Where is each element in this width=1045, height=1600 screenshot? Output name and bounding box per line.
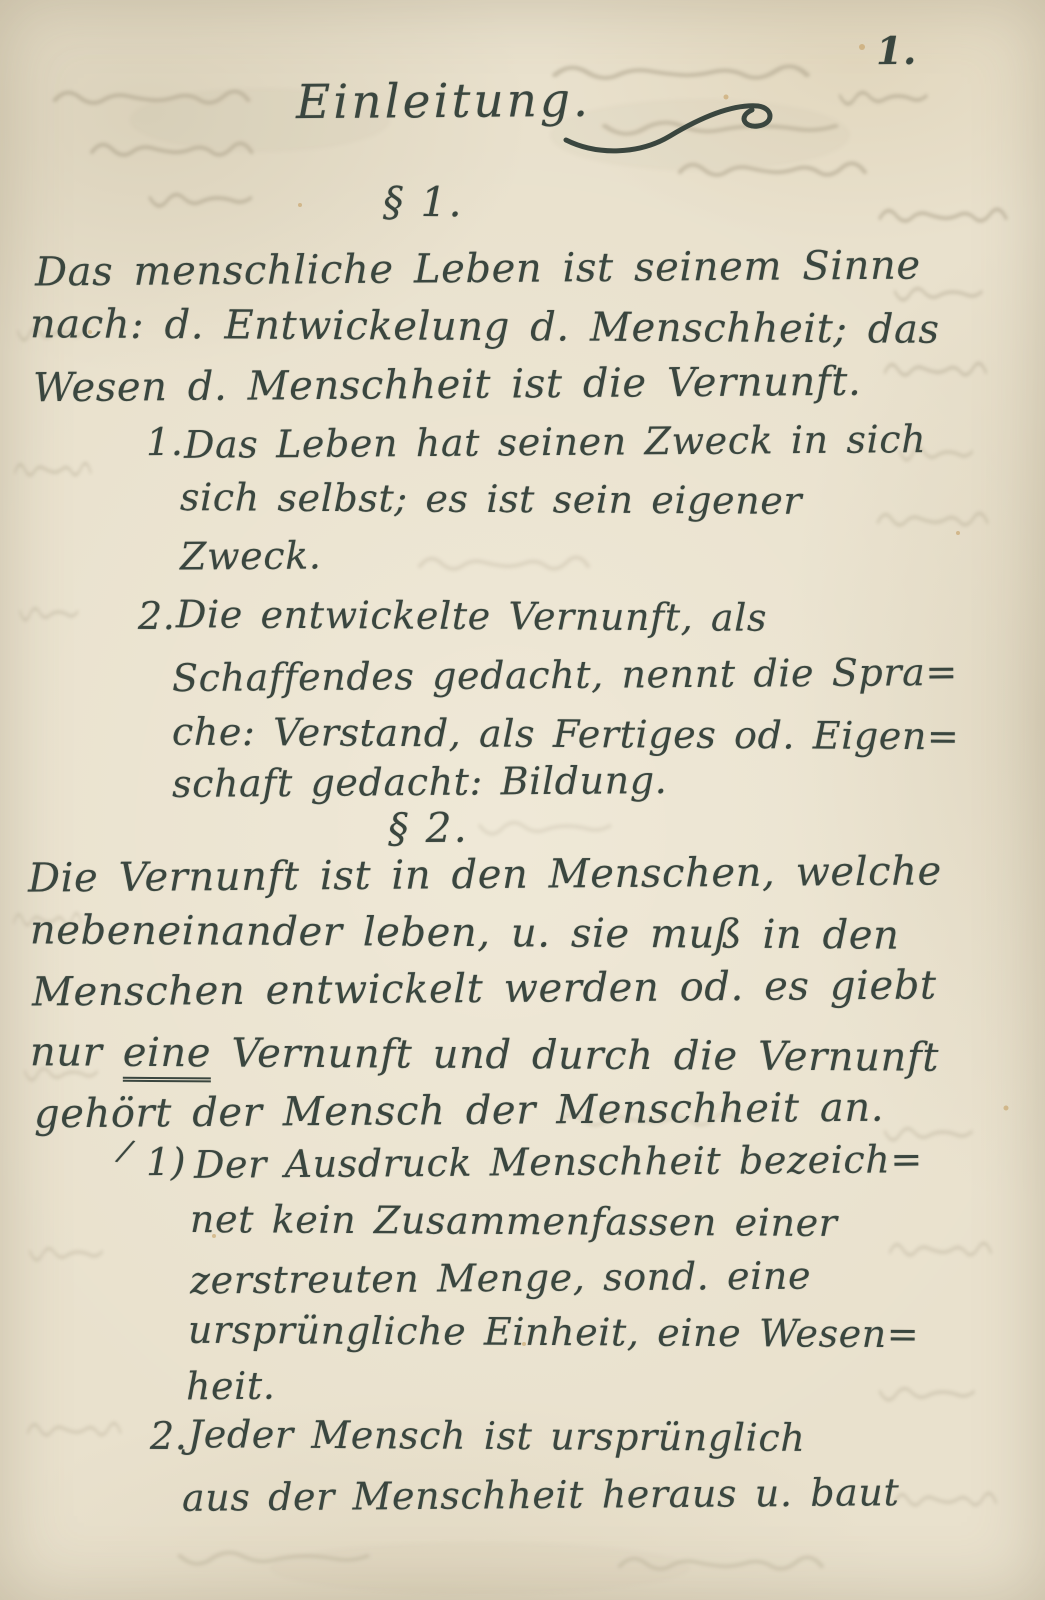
item-line: net kein Zusammenfassen einer [190, 1197, 838, 1245]
item-line: zerstreuten Menge, sond. eine [190, 1254, 811, 1303]
item-line: Der Ausdruck Menschheit bezeich= [194, 1137, 923, 1187]
margin-mark: / [116, 1133, 135, 1170]
underlined-word: eine [123, 1030, 212, 1083]
item-label: 1) [146, 1140, 187, 1184]
section-1-mark: § 1. [383, 178, 464, 226]
paragraph-line: Menschen entwickelt werden od. es giebt [32, 962, 937, 1015]
item-line: schaft gedacht: Bildung. [172, 758, 668, 806]
item-line: ursprüngliche Einheit, eine Wesen= [188, 1308, 920, 1356]
paragraph-text: nur [30, 1029, 123, 1076]
paragraph-line: nur eine Vernunft und durch die Vernunft [30, 1029, 939, 1081]
paragraph-line: nach: d. Entwickelung d. Menschheit; das [30, 301, 940, 353]
item-line: heit. [186, 1364, 276, 1409]
paragraph-text: Vernunft und durch die Vernunft [211, 1030, 939, 1080]
paragraph-line: nebeneinander leben, u. sie muß in den [30, 907, 900, 958]
item-label: 2. [138, 594, 176, 638]
paragraph-line: gehört der Mensch der Menschheit an. [34, 1085, 884, 1138]
item-line: aus der Menschheit heraus u. baut [182, 1470, 900, 1520]
paragraph-line: Das menschliche Leben ist seinem Sinne [35, 243, 921, 296]
heading-flourish-stroke [560, 84, 790, 164]
page-title: Einleitung. [296, 73, 591, 130]
item-line: Schaffendes gedacht, nennt die Spra= [172, 650, 958, 700]
paragraph-line: Wesen d. Menschheit ist die Vernunft. [33, 359, 862, 412]
item-line: Die entwickelte Vernunft, als [176, 592, 767, 640]
item-line: Jeder Mensch ist ursprünglich [188, 1412, 806, 1460]
item-label: 1. [146, 420, 184, 464]
item-line: sich selbst; es ist sein eigener [180, 475, 802, 523]
manuscript-page: 1. Einleitung. § 1. Das menschliche Lebe… [0, 0, 1045, 1600]
item-line: che: Verstand, als Fertiges od. Eigen= [172, 710, 960, 759]
page-number: 1. [876, 28, 917, 73]
item-label: 2. [150, 1414, 188, 1458]
paragraph-line: Die Vernunft ist in den Menschen, welche [28, 848, 942, 901]
section-2-mark: § 2. [388, 804, 469, 853]
item-line: Das Leben hat seinen Zweck in sich [184, 417, 927, 467]
item-line: Zweck. [180, 533, 322, 578]
